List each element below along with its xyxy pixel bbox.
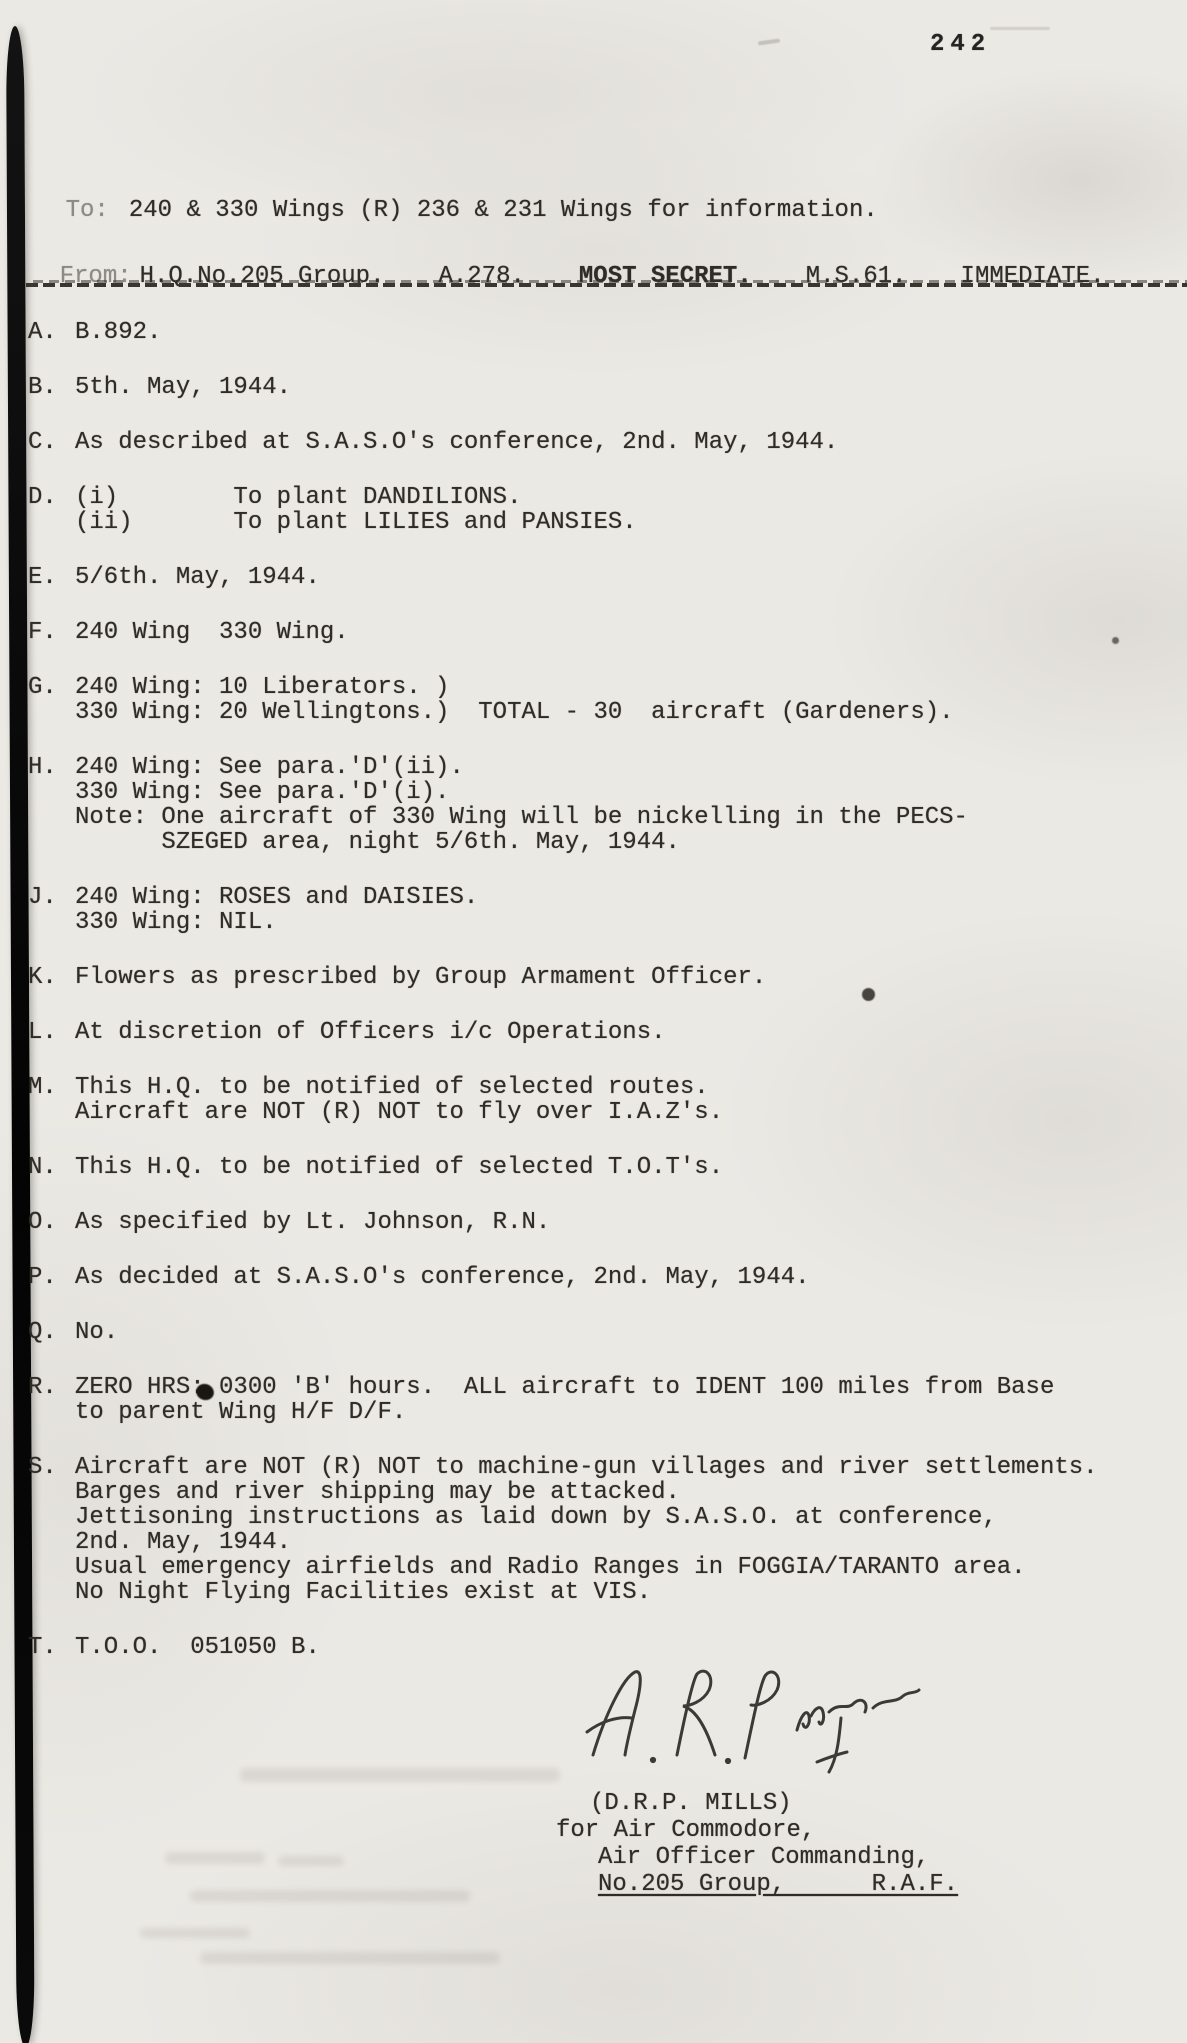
bleed-through-mark [240,1768,560,1782]
item-text: T.O.O. 051050 B. [75,1635,320,1660]
pen-mark [758,38,780,45]
bleed-through-mark [190,1890,470,1902]
item-label: M. [28,1075,75,1125]
item-text: (i) To plant DANDILIONS. (ii) To plant L… [75,485,637,535]
document-item-t: T.T.O.O. 051050 B. [28,1635,1187,1660]
bleed-through-mark [200,1952,500,1964]
item-label: D. [28,485,75,535]
item-text: Aircraft are NOT (R) NOT to machine-gun … [75,1455,1098,1605]
ink-blot [1112,637,1119,644]
pen-mark [990,27,1050,30]
bleed-through-mark [278,1856,344,1866]
item-label: K. [28,965,75,990]
item-label: B. [28,375,75,400]
item-label: H. [28,755,75,855]
document-item-q: Q.No. [28,1320,1187,1345]
divider-dashes [26,283,1187,287]
item-text: This H.Q. to be notified of selected T.O… [75,1155,723,1180]
item-label: E. [28,565,75,590]
document-item-a: A.B.892. [28,320,1187,345]
document-item-p: P.As decided at S.A.S.O's conference, 2n… [28,1265,1187,1290]
document-item-r: R.ZERO HRS: 0300 'B' hours. ALL aircraft… [28,1375,1187,1425]
document-item-c: C.As described at S.A.S.O's conference, … [28,430,1187,455]
item-label: Q. [28,1320,75,1345]
document-item-g: G.240 Wing: 10 Liberators. ) 330 Wing: 2… [28,675,1187,725]
signature-block: (D.R.P. MILLS) for Air Commodore, Air Of… [556,1790,958,1898]
item-text: This H.Q. to be notified of selected rou… [75,1075,723,1125]
document-item-k: K.Flowers as prescribed by Group Armamen… [28,965,1187,990]
item-text: 240 Wing: 10 Liberators. ) 330 Wing: 20 … [75,675,954,725]
document-item-h: H.240 Wing: See para.'D'(ii). 330 Wing: … [28,755,1187,855]
item-label: L. [28,1020,75,1045]
document-item-f: F.240 Wing 330 Wing. [28,620,1187,645]
to-line: To:240 & 330 Wings (R) 236 & 231 Wings f… [8,173,878,248]
item-text: ZERO HRS: 0300 'B' hours. ALL aircraft t… [75,1375,1054,1425]
document-item-s: S.Aircraft are NOT (R) NOT to machine-gu… [28,1455,1187,1605]
from-line: From:H.Q.No.205 Group.A.278.MOST SECRET.… [2,239,1159,314]
item-label: F. [28,620,75,645]
document-items: A.B.892.B.5th. May, 1944.C.As described … [28,320,1187,1690]
item-text: 240 Wing: See para.'D'(ii). 330 Wing: Se… [75,755,968,855]
document-item-b: B.5th. May, 1944. [28,375,1187,400]
item-text: 5th. May, 1944. [75,375,291,400]
item-label: P. [28,1265,75,1290]
item-label: C. [28,430,75,455]
to-label: To: [66,197,109,224]
item-text: B.892. [75,320,161,345]
ink-blot [862,988,875,1001]
document-item-n: N.This H.Q. to be notified of selected T… [28,1155,1187,1180]
to-text: 240 & 330 Wings (R) 236 & 231 Wings for … [129,197,878,224]
item-label: R. [28,1375,75,1425]
item-text: As specified by Lt. Johnson, R.N. [75,1210,550,1235]
item-text: As described at S.A.S.O's conference, 2n… [75,430,838,455]
signature-title-line: Air Officer Commanding, [598,1844,958,1871]
handwritten-signature [585,1660,925,1778]
item-text: Flowers as prescribed by Group Armament … [75,965,766,990]
document-item-j: J.240 Wing: ROSES and DAISIES. 330 Wing:… [28,885,1187,935]
item-text: 240 Wing 330 Wing. [75,620,349,645]
document-item-e: E.5/6th. May, 1944. [28,565,1187,590]
item-label: T. [28,1635,75,1660]
bleed-through-mark [165,1852,265,1864]
scanned-document-page: 242 To:240 & 330 Wings (R) 236 & 231 Win… [0,0,1187,2043]
item-text: As decided at S.A.S.O's conference, 2nd.… [75,1265,810,1290]
item-label: N. [28,1155,75,1180]
item-label: J. [28,885,75,935]
item-label: O. [28,1210,75,1235]
signature-unit-line: No.205 Group, R.A.F. [598,1871,958,1898]
signature-typed-name: (D.R.P. MILLS) [590,1790,958,1817]
page-number: 242 [930,32,991,57]
signature-for-line: for Air Commodore, [556,1817,958,1844]
document-item-l: L.At discretion of Officers i/c Operatio… [28,1020,1187,1045]
item-text: At discretion of Officers i/c Operations… [75,1020,666,1045]
item-text: No. [75,1320,118,1345]
document-item-o: O.As specified by Lt. Johnson, R.N. [28,1210,1187,1235]
document-item-d: D.(i) To plant DANDILIONS. (ii) To plant… [28,485,1187,535]
item-label: G. [28,675,75,725]
item-label: S. [28,1455,75,1605]
item-text: 240 Wing: ROSES and DAISIES. 330 Wing: N… [75,885,478,935]
item-label: A. [28,320,75,345]
item-text: 5/6th. May, 1944. [75,565,320,590]
document-item-m: M.This H.Q. to be notified of selected r… [28,1075,1187,1125]
bleed-through-mark [140,1928,250,1938]
